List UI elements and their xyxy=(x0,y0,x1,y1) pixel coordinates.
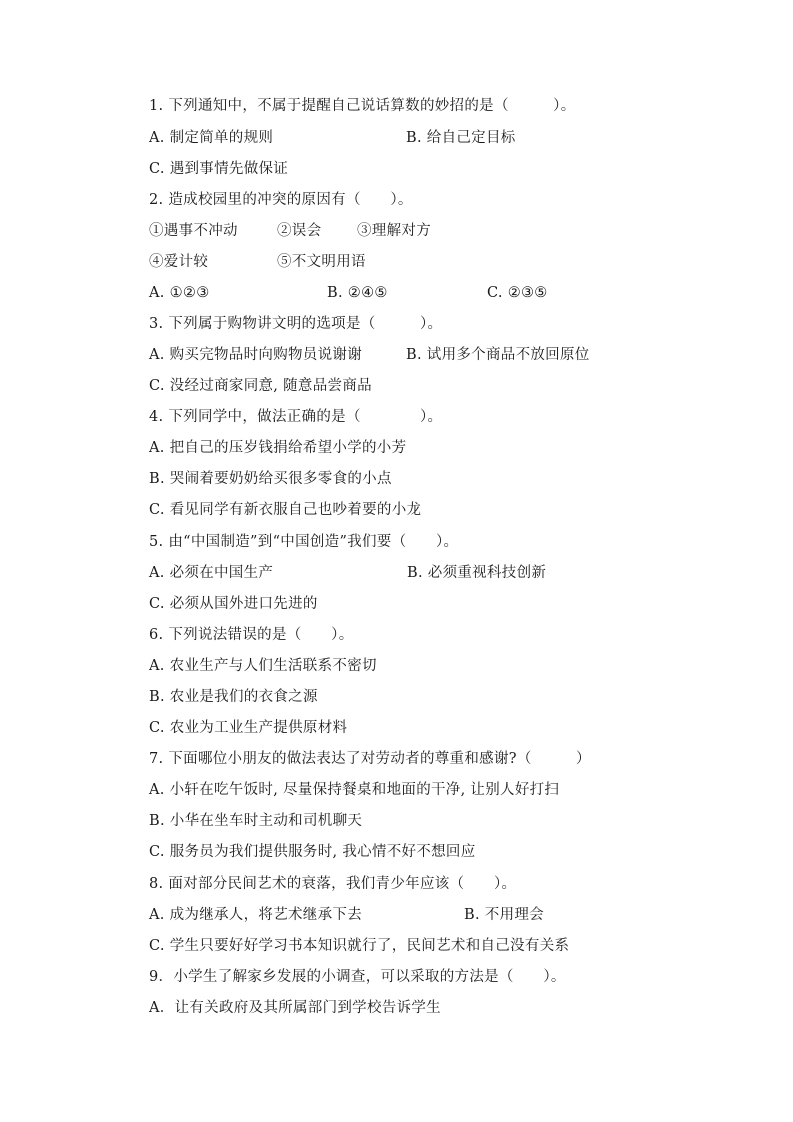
question-2-statement-2: ②误会 xyxy=(277,221,321,241)
question-3-option-b: B. 试用多个商品不放回原位 xyxy=(406,345,590,365)
question-5-option-b: B. 必须重视科技创新 xyxy=(407,563,546,583)
question-1-stem: 1. 下列通知中，不属于提醒自己说话算数的妙招的是（ ）。 xyxy=(149,96,576,116)
question-9-stem: 9．小学生了解家乡发展的小调查，可以采取的方法是（ ）。 xyxy=(149,967,566,987)
question-4-option-b: B. 哭闹着要奶奶给买很多零食的小点 xyxy=(149,469,392,489)
question-1-option-c: C. 遇到事情先做保证 xyxy=(149,159,288,179)
question-4-stem: 4. 下列同学中，做法正确的是（ ）。 xyxy=(149,407,442,427)
document-page: 1. 下列通知中，不属于提醒自己说话算数的妙招的是（ ）。 A. 制定简单的规则… xyxy=(0,0,793,1122)
question-8-option-c: C. 学生只要好好学习书本知识就行了，民间艺术和自己没有关系 xyxy=(149,936,569,956)
question-3-stem: 3. 下列属于购物讲文明的选项是（ ）。 xyxy=(149,314,442,334)
question-5-option-a: A. 必须在中国生产 xyxy=(149,563,273,583)
question-9-option-a: A．让有关政府及其所属部门到学校告诉学生 xyxy=(149,998,441,1018)
question-8-option-a: A. 成为继承人，将艺术继承下去 xyxy=(149,905,362,925)
question-8-stem: 8. 面对部分民间艺术的衰落，我们青少年应该（ ）。 xyxy=(149,874,516,894)
question-2-statement-1: ①遇事不冲动 xyxy=(149,221,238,241)
question-2-option-b: B. ②④⑤ xyxy=(327,283,388,303)
question-7-option-b: B. 小华在坐车时主动和司机聊天 xyxy=(149,811,362,831)
question-2-statement-5: ⑤不文明用语 xyxy=(277,252,366,272)
question-3-option-a: A. 购买完物品时向购物员说谢谢 xyxy=(149,345,362,365)
question-5-option-c: C. 必须从国外进口先进的 xyxy=(149,594,318,614)
question-7-option-a: A. 小轩在吃午饭时, 尽量保持餐桌和地面的干净, 让别人好打扫 xyxy=(149,780,559,800)
question-7-option-c: C. 服务员为我们提供服务时, 我心情不好不想回应 xyxy=(149,842,476,862)
question-5-stem: 5. 由“中国制造”到“中国创造”我们要（ ）。 xyxy=(149,532,458,552)
question-6-option-b: B. 农业是我们的衣食之源 xyxy=(149,687,318,707)
question-6-option-a: A. 农业生产与人们生活联系不密切 xyxy=(149,656,377,676)
question-8-option-b: B. 不用理会 xyxy=(464,905,544,925)
question-4-option-a: A. 把自己的压岁钱捐给希望小学的小芳 xyxy=(149,438,406,458)
question-3-option-c: C. 没经过商家同意, 随意品尝商品 xyxy=(149,376,372,396)
question-2-stem: 2. 造成校园里的冲突的原因有（ ）。 xyxy=(149,190,413,210)
question-2-option-a: A. ①②③ xyxy=(149,283,210,303)
question-7-stem: 7. 下面哪位小朋友的做法表达了对劳动者的尊重和感谢?（ ） xyxy=(149,749,591,769)
question-2-statement-3: ③理解对方 xyxy=(357,221,431,241)
question-2-statement-4: ④爱计较 xyxy=(149,252,208,272)
question-1-option-b: B. 给自己定目标 xyxy=(406,128,516,148)
question-6-option-c: C. 农业为工业生产提供原材料 xyxy=(149,718,347,738)
question-2-option-c: C. ②③⑤ xyxy=(487,283,548,303)
question-6-stem: 6. 下列说法错误的是（ ）。 xyxy=(149,625,354,645)
question-4-option-c: C. 看见同学有新衣服自己也吵着要的小龙 xyxy=(149,500,421,520)
question-1-option-a: A. 制定简单的规则 xyxy=(149,128,273,148)
